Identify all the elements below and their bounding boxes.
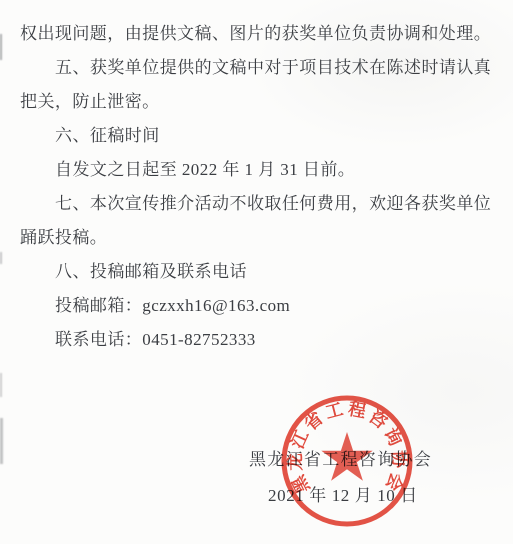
signature-organization: 黑龙江省工程咨询协会: [249, 445, 432, 470]
paragraph-line: 五、获奖单位提供的文稿中对于项目技术在陈述时请认真: [20, 51, 498, 85]
paragraph-line: 权出现问题，由提供文稿、图片的获奖单位负责协调和处理。: [20, 17, 498, 51]
document-page: 权出现问题，由提供文稿、图片的获奖单位负责协调和处理。 五、获奖单位提供的文稿中…: [0, 0, 513, 544]
deadline-line: 自发文之日起至 2022 年 1 月 31 日前。: [20, 153, 498, 187]
scan-edge-artifact: [0, 373, 2, 397]
scan-edge-artifact: [0, 34, 2, 60]
phone-line: 联系电话：0451-82752333: [20, 323, 498, 357]
email-line: 投稿邮箱：gczxxh16@163.com: [20, 289, 498, 323]
document-body: 权出现问题，由提供文稿、图片的获奖单位负责协调和处理。 五、获奖单位提供的文稿中…: [20, 17, 498, 357]
section-heading-6: 六、征稿时间: [20, 119, 498, 153]
scan-edge-artifact: [0, 252, 2, 264]
paragraph-line: 七、本次宣传推介活动不收取任何费用，欢迎各获奖单位: [20, 187, 498, 221]
signature-date: 2021 年 12 月 10 日: [268, 481, 418, 506]
scan-edge-artifact: [0, 418, 3, 464]
paragraph-line: 踊跃投稿。: [20, 221, 498, 255]
paragraph-line: 把关，防止泄密。: [20, 85, 498, 119]
section-heading-8: 八、投稿邮箱及联系电话: [20, 255, 498, 289]
